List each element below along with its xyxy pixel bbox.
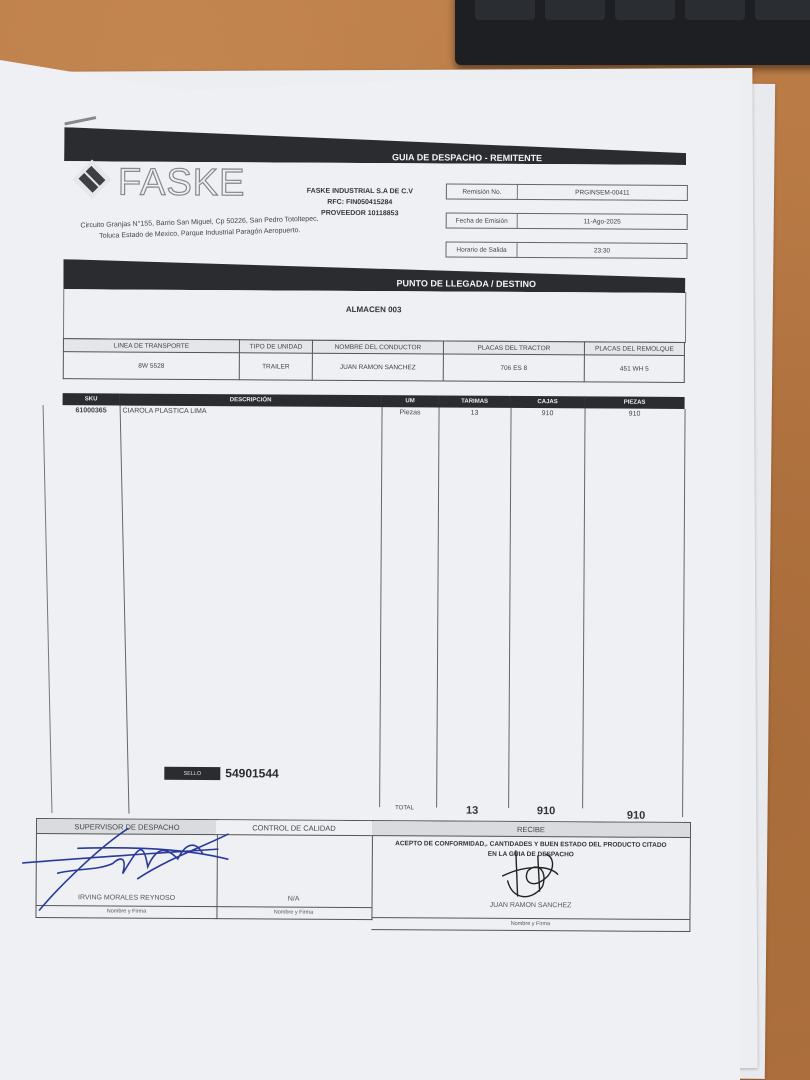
transport-table: LINEA DE TRANSPORTE TIPO DE UNIDAD NOMBR… xyxy=(63,338,685,383)
column-border xyxy=(379,407,382,807)
conductor-value: JUAN RAMON SANCHEZ xyxy=(312,353,443,381)
supervisor-signature-box: SUPERVISOR DE DESPACHO IRVING MORALES RE… xyxy=(35,818,218,919)
placas-tractor-value: 706 ES 8 xyxy=(443,354,584,382)
logo-text: FASKE xyxy=(118,162,246,206)
calidad-signature-box: CONTROL DE CALIDAD N/A Nombre y Firma xyxy=(215,819,373,920)
column-border xyxy=(436,407,439,807)
remision-field: Remisión No. PRGINSEM-00411 xyxy=(446,184,688,201)
recibe-signature-box: RECIBE ACEPTO DE CONFORMIDAD,. CANTIDADE… xyxy=(371,820,691,932)
total-tarimas: 13 xyxy=(442,805,502,817)
remision-value: PRGINSEM-00411 xyxy=(518,185,687,200)
total-label: TOTAL xyxy=(395,805,414,811)
header-tarimas: TARIMAS xyxy=(439,395,512,407)
linea-transporte-value: 8W 5528 xyxy=(63,352,239,380)
column-border xyxy=(120,406,130,814)
horario-salida-label: Horario de Salida xyxy=(446,243,517,257)
items-table: SKU DESCRIPCIÓN UM TARIMAS CAJAS PIEZAS … xyxy=(60,393,685,817)
transport-header: LINEA DE TRANSPORTE xyxy=(63,339,239,353)
horario-salida-field: Horario de Salida 23:30 xyxy=(445,242,687,259)
fecha-emision-field: Fecha de Emisión 11-Ago-2025 xyxy=(446,213,688,230)
faske-logo: FASKE xyxy=(78,163,258,200)
calidad-name: N/A xyxy=(216,895,372,903)
destination-box xyxy=(63,288,686,343)
transport-header: TIPO DE UNIDAD xyxy=(239,340,312,353)
recibe-title: RECIBE xyxy=(372,821,690,838)
tipo-unidad-value: TRAILER xyxy=(239,353,312,380)
fecha-emision-value: 11-Ago-2025 xyxy=(518,214,687,229)
header-um: UM xyxy=(382,395,440,407)
company-address: Circuito Granjas N°155, Barrio San Migue… xyxy=(79,214,320,243)
total-piezas: 910 xyxy=(606,810,666,822)
recibe-footer: Nombre y Firma xyxy=(371,917,689,931)
column-border xyxy=(682,409,685,817)
sello-value: 54901544 xyxy=(225,766,278,780)
recibe-statement-line-2: EN LA GUIA DE DESPACHO xyxy=(372,849,690,861)
staple xyxy=(64,116,96,125)
placas-remolque-value: 451 WH 5 xyxy=(584,355,684,383)
transport-header: PLACAS DEL REMOLQUE xyxy=(584,342,684,356)
calidad-title: CONTROL DE CALIDAD xyxy=(216,820,372,836)
supervisor-footer: Nombre y Firma xyxy=(36,905,216,918)
calidad-footer: Nombre y Firma xyxy=(215,906,371,919)
header-descripcion: DESCRIPCIÓN xyxy=(120,394,383,408)
item-tarimas: 13 xyxy=(439,409,511,416)
header-cajas: CAJAS xyxy=(511,396,586,408)
item-cajas: 910 xyxy=(511,410,585,417)
logo-mark-icon xyxy=(72,160,112,200)
fecha-emision-label: Fecha de Emisión xyxy=(447,214,518,228)
horario-salida-value: 23:30 xyxy=(517,243,686,258)
column-border xyxy=(508,408,511,808)
recibe-statement: ACEPTO DE CONFORMIDAD,. CANTIDADES Y BUE… xyxy=(372,839,690,861)
header-piezas: PIEZAS xyxy=(585,396,685,409)
item-descripcion: CIAROLA PLASTICA LIMA xyxy=(123,408,207,416)
dispatch-guide: GUIA DE DESPACHO - REMITENTE FASKE FASKE… xyxy=(0,0,810,1080)
total-cajas: 910 xyxy=(516,805,576,817)
transport-header: NOMBRE DEL CONDUCTOR xyxy=(312,340,443,354)
header-sku: SKU xyxy=(63,393,121,405)
item-sku: 61000365 xyxy=(63,407,120,414)
supervisor-name: IRVING MORALES REYNOSO xyxy=(37,894,217,902)
recibe-name: JUAN RAMON SANCHEZ xyxy=(372,901,690,910)
supervisor-title: SUPERVISOR DE DESPACHO xyxy=(37,819,217,835)
column-border xyxy=(582,408,585,808)
item-piezas: 910 xyxy=(585,410,685,418)
item-um: Piezas xyxy=(382,409,439,416)
remision-label: Remisión No. xyxy=(447,185,518,199)
sello-label: SELLO xyxy=(164,767,220,780)
transport-header: PLACAS DEL TRACTOR xyxy=(443,341,584,355)
column-border xyxy=(43,405,53,813)
